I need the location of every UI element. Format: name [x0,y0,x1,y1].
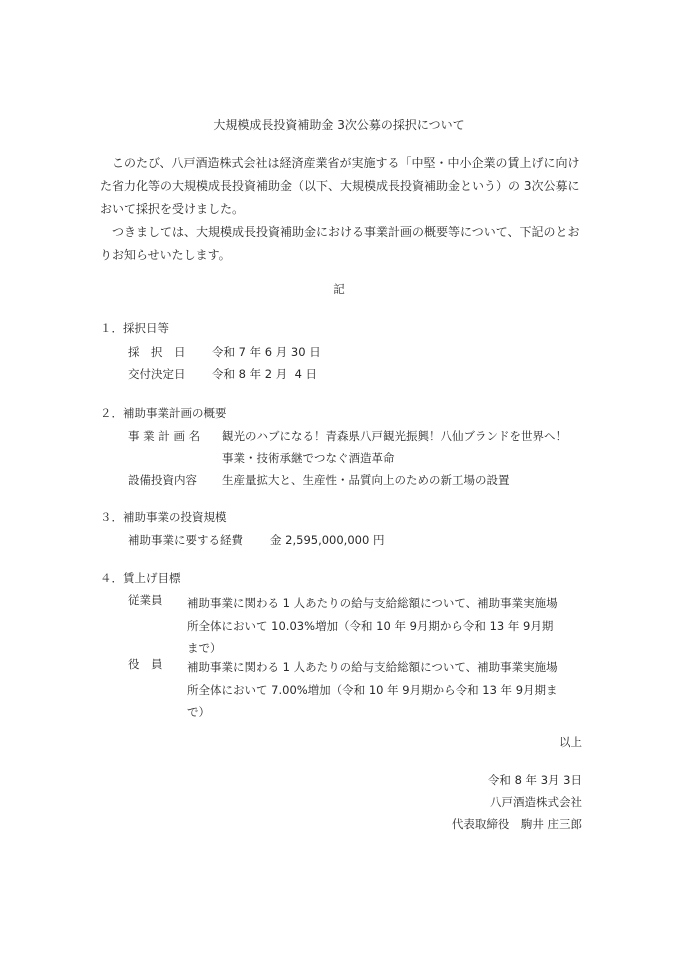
section-2-heading: ２．補助事業計画の概要 [100,405,227,421]
text-line: このたび、八戸酒造株式会社は経済産業省が実施する「中堅・中小企業の賃上げに向け [100,152,590,175]
signature-date: 令和 8 年 3月 3日 [488,772,582,788]
adoption-date-label: 採 択 日 [128,344,186,360]
capex-label: 設備投資内容 [128,472,197,488]
grant-decision-date-value: 令和 8 年 2 月 4 日 [212,366,317,382]
text-line: 所全体において 7.00%増加（令和 10 年 9月期から令和 13 年 9月期… [187,679,558,702]
document-title: 大規模成長投資補助金 3次公募の採択について [0,116,678,133]
text-line: りお知らせいたします。 [100,244,590,267]
text-line: 補助事業に関わる 1 人あたりの給与支給総額について、補助事業実施場 [187,592,558,615]
project-name-value-line2: 事業・技術承継でつなぐ酒造革命 [222,450,395,466]
project-cost-label: 補助事業に要する経費 [128,532,243,548]
text-line: 補助事業に関わる 1 人あたりの給与支給総額について、補助事業実施場 [187,656,558,679]
officer-target: 補助事業に関わる 1 人あたりの給与支給総額について、補助事業実施場 所全体にお… [187,656,558,724]
intro-paragraph-1: このたび、八戸酒造株式会社は経済産業省が実施する「中堅・中小企業の賃上げに向け … [100,152,590,221]
section-4-heading: ４．賃上げ目標 [100,570,181,586]
section-1-heading: １．採択日等 [100,320,169,336]
project-name-label: 事 業 計 画 名 [128,428,200,444]
signature-company: 八戸酒造株式会社 [490,794,582,810]
section-3-heading: ３．補助事業の投資規模 [100,509,227,525]
intro-paragraph-2: つきましては、大規模成長投資補助金における事業計画の概要等について、下記のとお … [100,221,590,267]
text-line: で） [187,701,558,724]
ki-heading: 記 [0,281,678,297]
grant-decision-date-label: 交付決定日 [128,366,186,382]
capex-value: 生産量拡大と、生産性・品質向上のための新工場の設置 [222,472,510,488]
employee-label: 従業員 [128,592,163,608]
project-cost-value: 金 2,595,000,000 円 [270,532,384,548]
text-line: た省力化等の大規模成長投資補助金（以下、大規模成長投資補助金という）の 3次公募… [100,175,590,198]
text-line: 所全体において 10.03%増加（令和 10 年 9月期から令和 13 年 9月… [187,615,558,638]
employee-target: 補助事業に関わる 1 人あたりの給与支給総額について、補助事業実施場 所全体にお… [187,592,558,660]
text-line: おいて採択を受けました。 [100,198,590,221]
project-name-value: 観光のハブになる！青森県八戸観光振興！八仙ブランドを世界へ！ [222,428,567,444]
adoption-date-value: 令和 7 年 6 月 30 日 [212,344,321,360]
closing-text: 以上 [559,734,582,750]
signature-representative: 代表取締役 駒井 庄三郎 [452,816,582,832]
text-line: つきましては、大規模成長投資補助金における事業計画の概要等について、下記のとお [100,221,590,244]
officer-label: 役 員 [128,656,163,672]
